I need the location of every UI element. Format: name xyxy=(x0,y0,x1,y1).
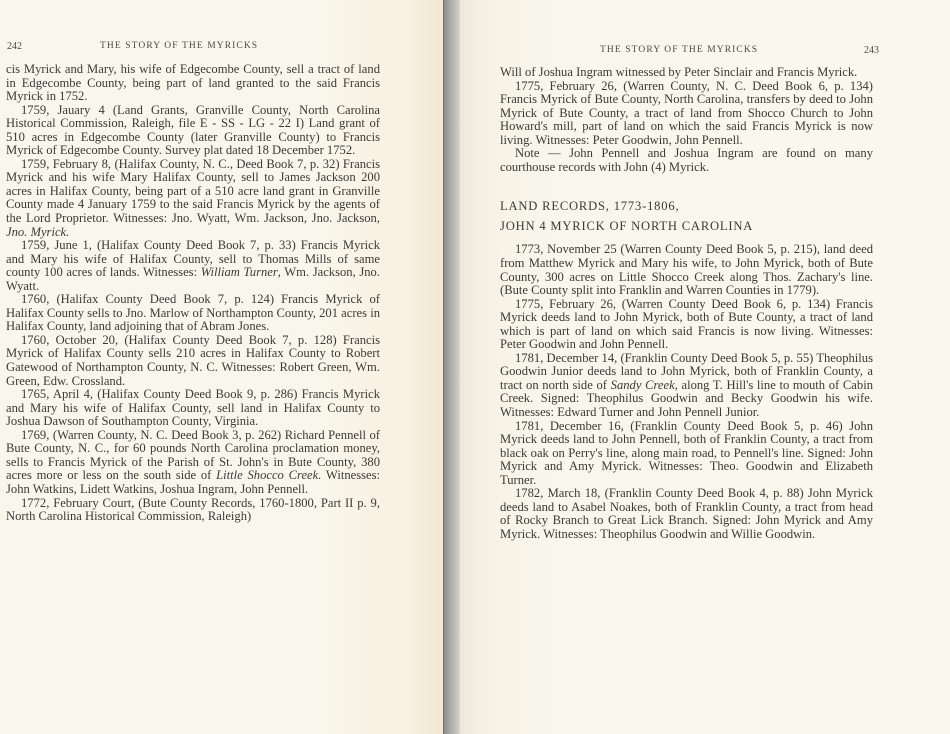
paragraph-text: 1759, February 8, (Halifax County, N. C.… xyxy=(6,157,380,225)
italic-name: Jno. Myrick. xyxy=(6,225,69,239)
note-paragraph: Note — John Pennell and Joshua Ingram ar… xyxy=(500,147,873,174)
italic-place: Sandy Creek xyxy=(611,378,675,392)
paragraph: 1760, (Halifax County Deed Book 7, p. 12… xyxy=(6,293,380,334)
section-heading-line1: LAND RECORDS, 1773-1806, xyxy=(500,200,873,214)
page-number-left: 242 xyxy=(7,41,22,52)
book-gutter xyxy=(443,0,460,734)
paragraph: 1781, December 14, (Franklin County Deed… xyxy=(500,352,873,420)
paragraph: 1759, Jauary 4 (Land Grants, Granville C… xyxy=(6,104,380,158)
paragraph: 1775, February 26, (Warren County, N. C.… xyxy=(500,80,873,148)
right-page: THE STORY OF THE MYRICKS 243 Will of Jos… xyxy=(460,0,950,734)
paragraph: 1772, February Court, (Bute County Recor… xyxy=(6,497,380,524)
running-head-right: THE STORY OF THE MYRICKS xyxy=(600,45,758,55)
paragraph: Will of Joshua Ingram witnessed by Peter… xyxy=(500,66,873,80)
book-spread: 242 THE STORY OF THE MYRICKS cis Myrick … xyxy=(0,0,950,734)
left-page-body: cis Myrick and Mary, his wife of Edgecom… xyxy=(6,63,380,524)
section-heading-line2: JOHN 4 MYRICK OF NORTH CAROLINA xyxy=(500,220,873,234)
running-head-left: THE STORY OF THE MYRICKS xyxy=(100,41,258,51)
page-number-right: 243 xyxy=(864,45,879,56)
paragraph: cis Myrick and Mary, his wife of Edgecom… xyxy=(6,63,380,104)
italic-name: William Turner xyxy=(201,265,278,279)
left-page: 242 THE STORY OF THE MYRICKS cis Myrick … xyxy=(0,0,443,734)
paragraph: 1765, April 4, (Halifax County Deed Book… xyxy=(6,388,380,429)
paragraph: 1759, June 1, (Halifax County Deed Book … xyxy=(6,239,380,293)
paragraph: 1782, March 18, (Franklin County Deed Bo… xyxy=(500,487,873,541)
paragraph: 1781, December 16, (Franklin County Deed… xyxy=(500,420,873,488)
italic-place: Little Shocco Creek. xyxy=(216,468,321,482)
paragraph: 1775, February 26, (Warren County Deed B… xyxy=(500,298,873,352)
paragraph: 1773, November 25 (Warren County Deed Bo… xyxy=(500,243,873,297)
paragraph: 1759, February 8, (Halifax County, N. C.… xyxy=(6,158,380,239)
paragraph: 1760, October 20, (Halifax County Deed B… xyxy=(6,334,380,388)
paragraph: 1769, (Warren County, N. C. Deed Book 3,… xyxy=(6,429,380,497)
right-page-body: Will of Joshua Ingram witnessed by Peter… xyxy=(500,66,873,542)
